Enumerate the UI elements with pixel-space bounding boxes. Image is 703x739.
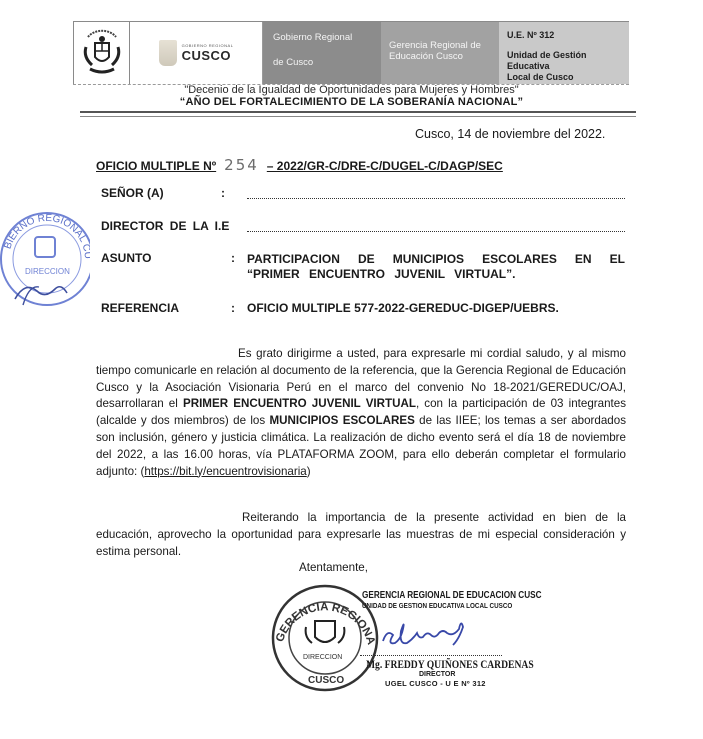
form-link[interactable]: https://bit.ly/encuentrovisionaria [144,465,306,478]
ue-name-line1: Unidad de Gestión Educativa [507,50,629,72]
p1-bold-municipios: MUNICIPIOS ESCOLARES [269,414,414,427]
peru-coat-of-arms-icon [80,27,124,79]
document-date: Cusco, 14 de noviembre del 2022. [415,127,605,141]
cusco-vase-icon [159,40,177,66]
year-slogan: “AÑO DEL FORTALECIMIENTO DE LA SOBERANÍA… [0,96,703,108]
ue-cell: U.E. Nº 312 Unidad de Gestión Educativa … [499,22,629,84]
decenio-slogan: "Decenio de la Igualdad de Oportunidades… [0,84,703,96]
cusco-logo-cell: GOBIERNO REGIONAL CUSCO [130,22,263,84]
gerencia-line2: Educación Cusco [389,51,499,62]
left-blue-seal-icon: BIERNO REGIONAL CUSCO DIRECCION [0,207,90,315]
gobierno-regional-cell: Gobierno Regional de Cusco [263,22,381,84]
signature-dotted-line [360,655,502,656]
gobierno-line1: Gobierno Regional [273,32,381,43]
field-colon: : [231,301,235,315]
field-label-senor: SEÑOR (A) [101,186,164,200]
gerencia-regional-cell: Gerencia Regional de Educación Cusco [381,22,499,84]
p1-bold-event: PRIMER ENCUENTRO JUVENIL VIRTUAL [183,397,416,410]
field-label-director: DIRECTOR DE LA I.E [101,219,229,233]
oficio-prefix: OFICIO MULTIPLE Nº [96,159,216,173]
handwritten-signature-icon [375,615,485,653]
oficio-number-line: OFICIO MULTIPLE Nº254– 2022/GR-C/DRE-C/D… [96,156,503,174]
field-label-asunto: ASUNTO [101,251,151,265]
closing: Atentamente, [299,561,368,574]
svg-text:DIRECCION: DIRECCION [303,654,342,661]
ue-number: U.E. Nº 312 [507,30,629,40]
referencia-value: OFICIO MULTIPLE 577-2022-GEREDUC-DIGEP/U… [247,301,625,316]
ue-name: Unidad de Gestión Educativa Local de Cus… [507,50,629,83]
signatory-unit: UGEL CUSCO - U E Nº 312 [385,679,486,688]
field-colon: : [221,186,225,200]
cusco-logo-word: CUSCO [182,48,231,63]
field-label-referencia: REFERENCIA [101,301,179,315]
director-blank-line [247,231,625,232]
signature-line-2: UNIDAD DE GESTION EDUCATIVA LOCAL CUSCO [362,603,512,610]
body-paragraph-1: Es grato dirigirme a usted, para expresa… [96,346,626,480]
header-divider [80,111,636,117]
gerencia-line1: Gerencia Regional de [389,40,499,51]
signatory-role: DIRECTOR [419,671,455,678]
cusco-logo: GOBIERNO REGIONAL CUSCO [182,43,234,63]
signature-line-1: GERENCIA REGIONAL DE EDUCACION CUSC [362,590,542,601]
body-paragraph-2: Reiterando la importancia de la presente… [96,510,626,560]
p2-text: Reiterando la importancia de la presente… [96,511,626,558]
svg-text:DIRECCION: DIRECCION [25,267,70,276]
field-colon: : [231,251,235,265]
oficio-handwritten-number: 254 [224,156,259,174]
asunto-value: PARTICIPACION DE MUNICIPIOS ESCOLARES EN… [247,252,625,282]
senor-blank-line [247,198,625,199]
signatory-name: Mg. FREDDY QUIÑONES CARDENAS [366,657,534,672]
ue-name-line2: Local de Cusco [507,72,629,83]
oficio-suffix: – 2022/GR-C/DRE-C/DUGEL-C/DAGP/SEC [267,159,503,173]
coat-of-arms-cell [73,22,130,84]
field-colon: : [221,219,225,233]
svg-text:CUSCO: CUSCO [308,675,344,686]
p1-text-4: ) [307,465,311,478]
letterhead: GOBIERNO REGIONAL CUSCO Gobierno Regiona… [73,21,629,85]
gobierno-line2: de Cusco [273,57,381,68]
